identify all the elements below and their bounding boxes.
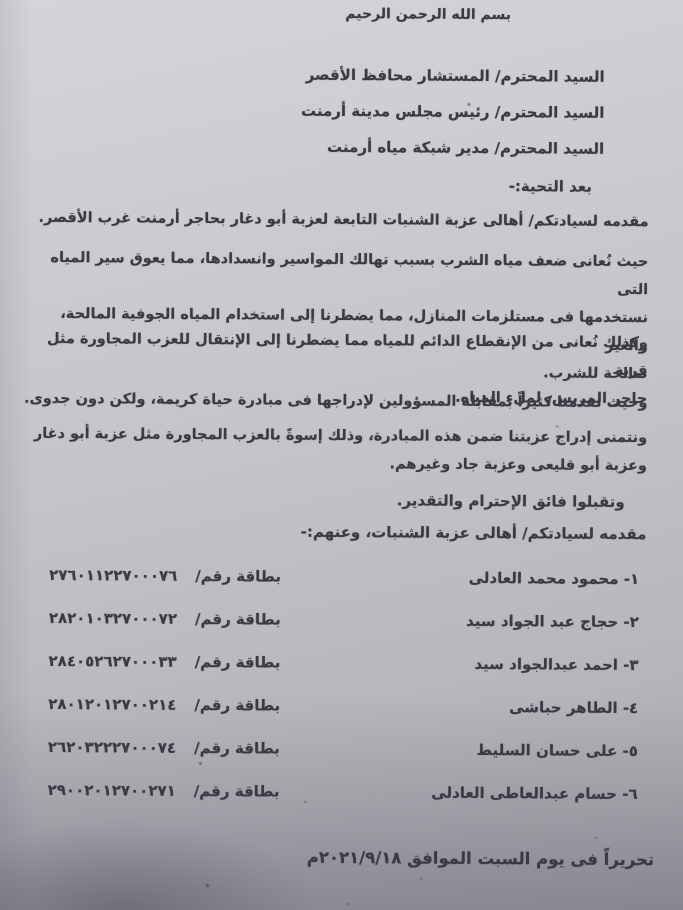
- scan-speck: [206, 884, 209, 887]
- letter-sheet: بسم الله الرحمن الرحيم السيد المحترم/ ال…: [0, 0, 683, 910]
- paragraph-line: وكذلك نُعانى من الإنقطاع الدائم للمياه م…: [21, 325, 648, 385]
- signatory-id: بطاقة رقم/ ٢٨٠١٢٠١٢٧٠٠٢١٤: [48, 695, 280, 715]
- signatory-id: بطاقة رقم/ ٢٦٢٠٣٢٢٢٧٠٠٠٧٤: [48, 738, 280, 758]
- scan-speck: [348, 903, 350, 905]
- signatory-id: بطاقة رقم/ ٢٧٦٠١١٢٢٧٠٠٠٧٦: [49, 566, 281, 586]
- scan-speck: [595, 837, 597, 839]
- scan-speck: [199, 762, 202, 765]
- signatory-row: ٢- حجاج عبد الجواد سيد بطاقة رقم/ ٢٨٢٠١٠…: [49, 609, 639, 639]
- id-card-number: ٢٩٠٠٢٠١٢٧٠٠٢٧١: [48, 781, 176, 800]
- scan-speck: [420, 878, 422, 880]
- id-card-label: بطاقة رقم/: [195, 610, 281, 629]
- paragraph-line: وعزبة أبو قليعى وعزبة جاد وغيرهم.: [20, 448, 647, 480]
- paragraph-line: حيث نُعانى ضعف مياه الشرب بسبب تهالك الم…: [21, 244, 648, 304]
- paragraph-line: ونتمنى إدراج عزبتنا ضمن هذه المبادرة، وذ…: [20, 420, 647, 452]
- intro-line: مقدمه لسيادتكم/ أهالى عزبة الشنبات التاب…: [22, 204, 649, 236]
- id-card-number: ٢٦٢٠٣٢٢٢٧٠٠٠٧٤: [48, 738, 176, 757]
- signatory-id: بطاقة رقم/ ٢٨٤٠٥٢٦٢٧٠٠٠٣٣: [48, 652, 280, 672]
- scan-speck: [556, 425, 558, 427]
- id-card-number: ٢٨٤٠٥٢٦٢٧٠٠٠٣٣: [48, 652, 176, 671]
- id-card-label: بطاقة رقم/: [194, 782, 280, 801]
- scan-speck: [305, 801, 307, 803]
- addressee-line-governor: السيد المحترم/ المستشار محافظ الأقصر: [306, 66, 605, 86]
- paragraph-line: وحيث تقدمنا كثيراً بمقابلة المسؤولين لإد…: [20, 385, 647, 417]
- signatory-row: ٤- الطاهر حباشى بطاقة رقم/ ٢٨٠١٢٠١٢٧٠٠٢١…: [48, 695, 638, 725]
- id-card-number: ٢٧٦٠١١٢٢٧٠٠٠٧٦: [49, 566, 177, 585]
- salutation-line: بعد التحية:-: [509, 177, 592, 196]
- signatories-list: ١- محمود محمد العادلى بطاقة رقم/ ٢٧٦٠١١٢…: [48, 566, 640, 811]
- signatory-name: ١- محمود محمد العادلى: [469, 569, 640, 588]
- signatory-id: بطاقة رقم/ ٢٩٠٠٢٠١٢٧٠٠٢٧١: [48, 781, 280, 801]
- signatory-name: ٥- على حسان السليط: [476, 741, 638, 760]
- signatories-heading: مقدمه لسيادتكم/ أهالى عزبة الشنبات، وعنه…: [301, 523, 647, 543]
- signatory-name: ٣- احمد عبدالجواد سيد: [474, 655, 638, 674]
- signatory-row: ٣- احمد عبدالجواد سيد بطاقة رقم/ ٢٨٤٠٥٢٦…: [48, 652, 638, 682]
- addressee-line-water-network-manager: السيد المحترم/ مدير شبكة مياه أرمنت: [327, 138, 604, 158]
- date-line: تحريراً فى يوم السبت الموافق ٢٠٢١/٩/١٨م: [307, 848, 655, 869]
- paragraph-officials-meetings: وحيث تقدمنا كثيراً بمقابلة المسؤولين لإد…: [20, 385, 647, 417]
- id-card-label: بطاقة رقم/: [194, 696, 280, 715]
- signatory-name: ٢- حجاج عبد الجواد سيد: [466, 612, 639, 631]
- paragraph-initiative-request: ونتمنى إدراج عزبتنا ضمن هذه المبادرة، وذ…: [20, 420, 647, 480]
- scanned-letter-page: بسم الله الرحمن الرحيم السيد المحترم/ ال…: [0, 0, 683, 910]
- id-card-number: ٢٨٢٠١٠٣٢٧٠٠٠٧٢: [49, 609, 177, 628]
- signatory-name: ٤- الطاهر حباشى: [509, 698, 638, 717]
- addressee-line-city-council-head: السيد المحترم/ رئيس مجلس مدينة أرمنت: [301, 102, 605, 122]
- signatory-row: ٦- حسام عبدالعاطى العادلى بطاقة رقم/ ٢٩٠…: [48, 781, 638, 811]
- signatory-name: ٦- حسام عبدالعاطى العادلى: [431, 784, 637, 803]
- scan-speck: [467, 103, 470, 106]
- basmala-line: بسم الله الرحمن الرحيم: [345, 6, 511, 23]
- signatory-id: بطاقة رقم/ ٢٨٢٠١٠٣٢٧٠٠٠٧٢: [49, 609, 281, 629]
- id-card-label: بطاقة رقم/: [195, 653, 281, 672]
- id-card-label: بطاقة رقم/: [195, 567, 281, 586]
- id-card-label: بطاقة رقم/: [194, 739, 280, 758]
- id-card-number: ٢٨٠١٢٠١٢٧٠٠٢١٤: [48, 695, 176, 714]
- signatory-row: ٥- على حسان السليط بطاقة رقم/ ٢٦٢٠٣٢٢٢٧٠…: [48, 738, 638, 768]
- closing-line: وتقبلوا فائق الإحترام والتقدير.: [397, 491, 625, 511]
- signatory-row: ١- محمود محمد العادلى بطاقة رقم/ ٢٧٦٠١١٢…: [49, 566, 639, 596]
